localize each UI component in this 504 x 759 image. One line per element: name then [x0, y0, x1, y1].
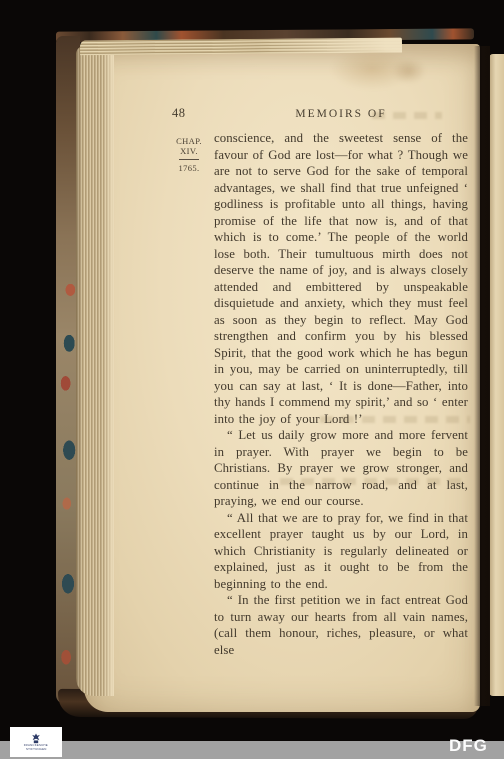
franckesche-stiftungen-logo: FRANCKESCHE STIFTUNGEN: [10, 727, 62, 757]
page-stack-fore-edge: [76, 46, 114, 696]
margin-chapter-label: CHAP.: [168, 136, 210, 146]
library-logo-text-line1: FRANCKESCHE: [24, 744, 48, 747]
paragraph: conscience, and the sweetest sense of th…: [214, 130, 468, 427]
eagle-icon: [30, 733, 42, 744]
margin-chapter-numeral: XIV.: [168, 146, 210, 156]
running-header: MEMOIRS OF: [214, 108, 468, 120]
facing-page-edge: [489, 54, 504, 696]
library-logo-text-line2: STIFTUNGEN: [26, 748, 47, 751]
gutter-shadow: [474, 46, 490, 706]
margin-note-rule: [179, 159, 199, 160]
paragraph: “ Let us daily grow more and more ferven…: [214, 427, 468, 510]
paragraph: “ All that we are to pray for, we find i…: [214, 510, 468, 593]
paragraph: “ In the first petition we in fact entre…: [214, 592, 468, 658]
body-text: conscience, and the sweetest sense of th…: [214, 130, 468, 658]
page-number: 48: [172, 106, 186, 121]
dfg-logo: DFG: [449, 736, 488, 756]
page-stack-top-edge: [80, 38, 402, 56]
scanned-book-photo: 48 MEMOIRS OF CHAP. XIV. 1765. conscienc…: [0, 0, 504, 759]
scan-footer-bar: [0, 741, 504, 759]
margin-note: CHAP. XIV. 1765.: [168, 136, 210, 173]
margin-year: 1765.: [168, 163, 210, 173]
